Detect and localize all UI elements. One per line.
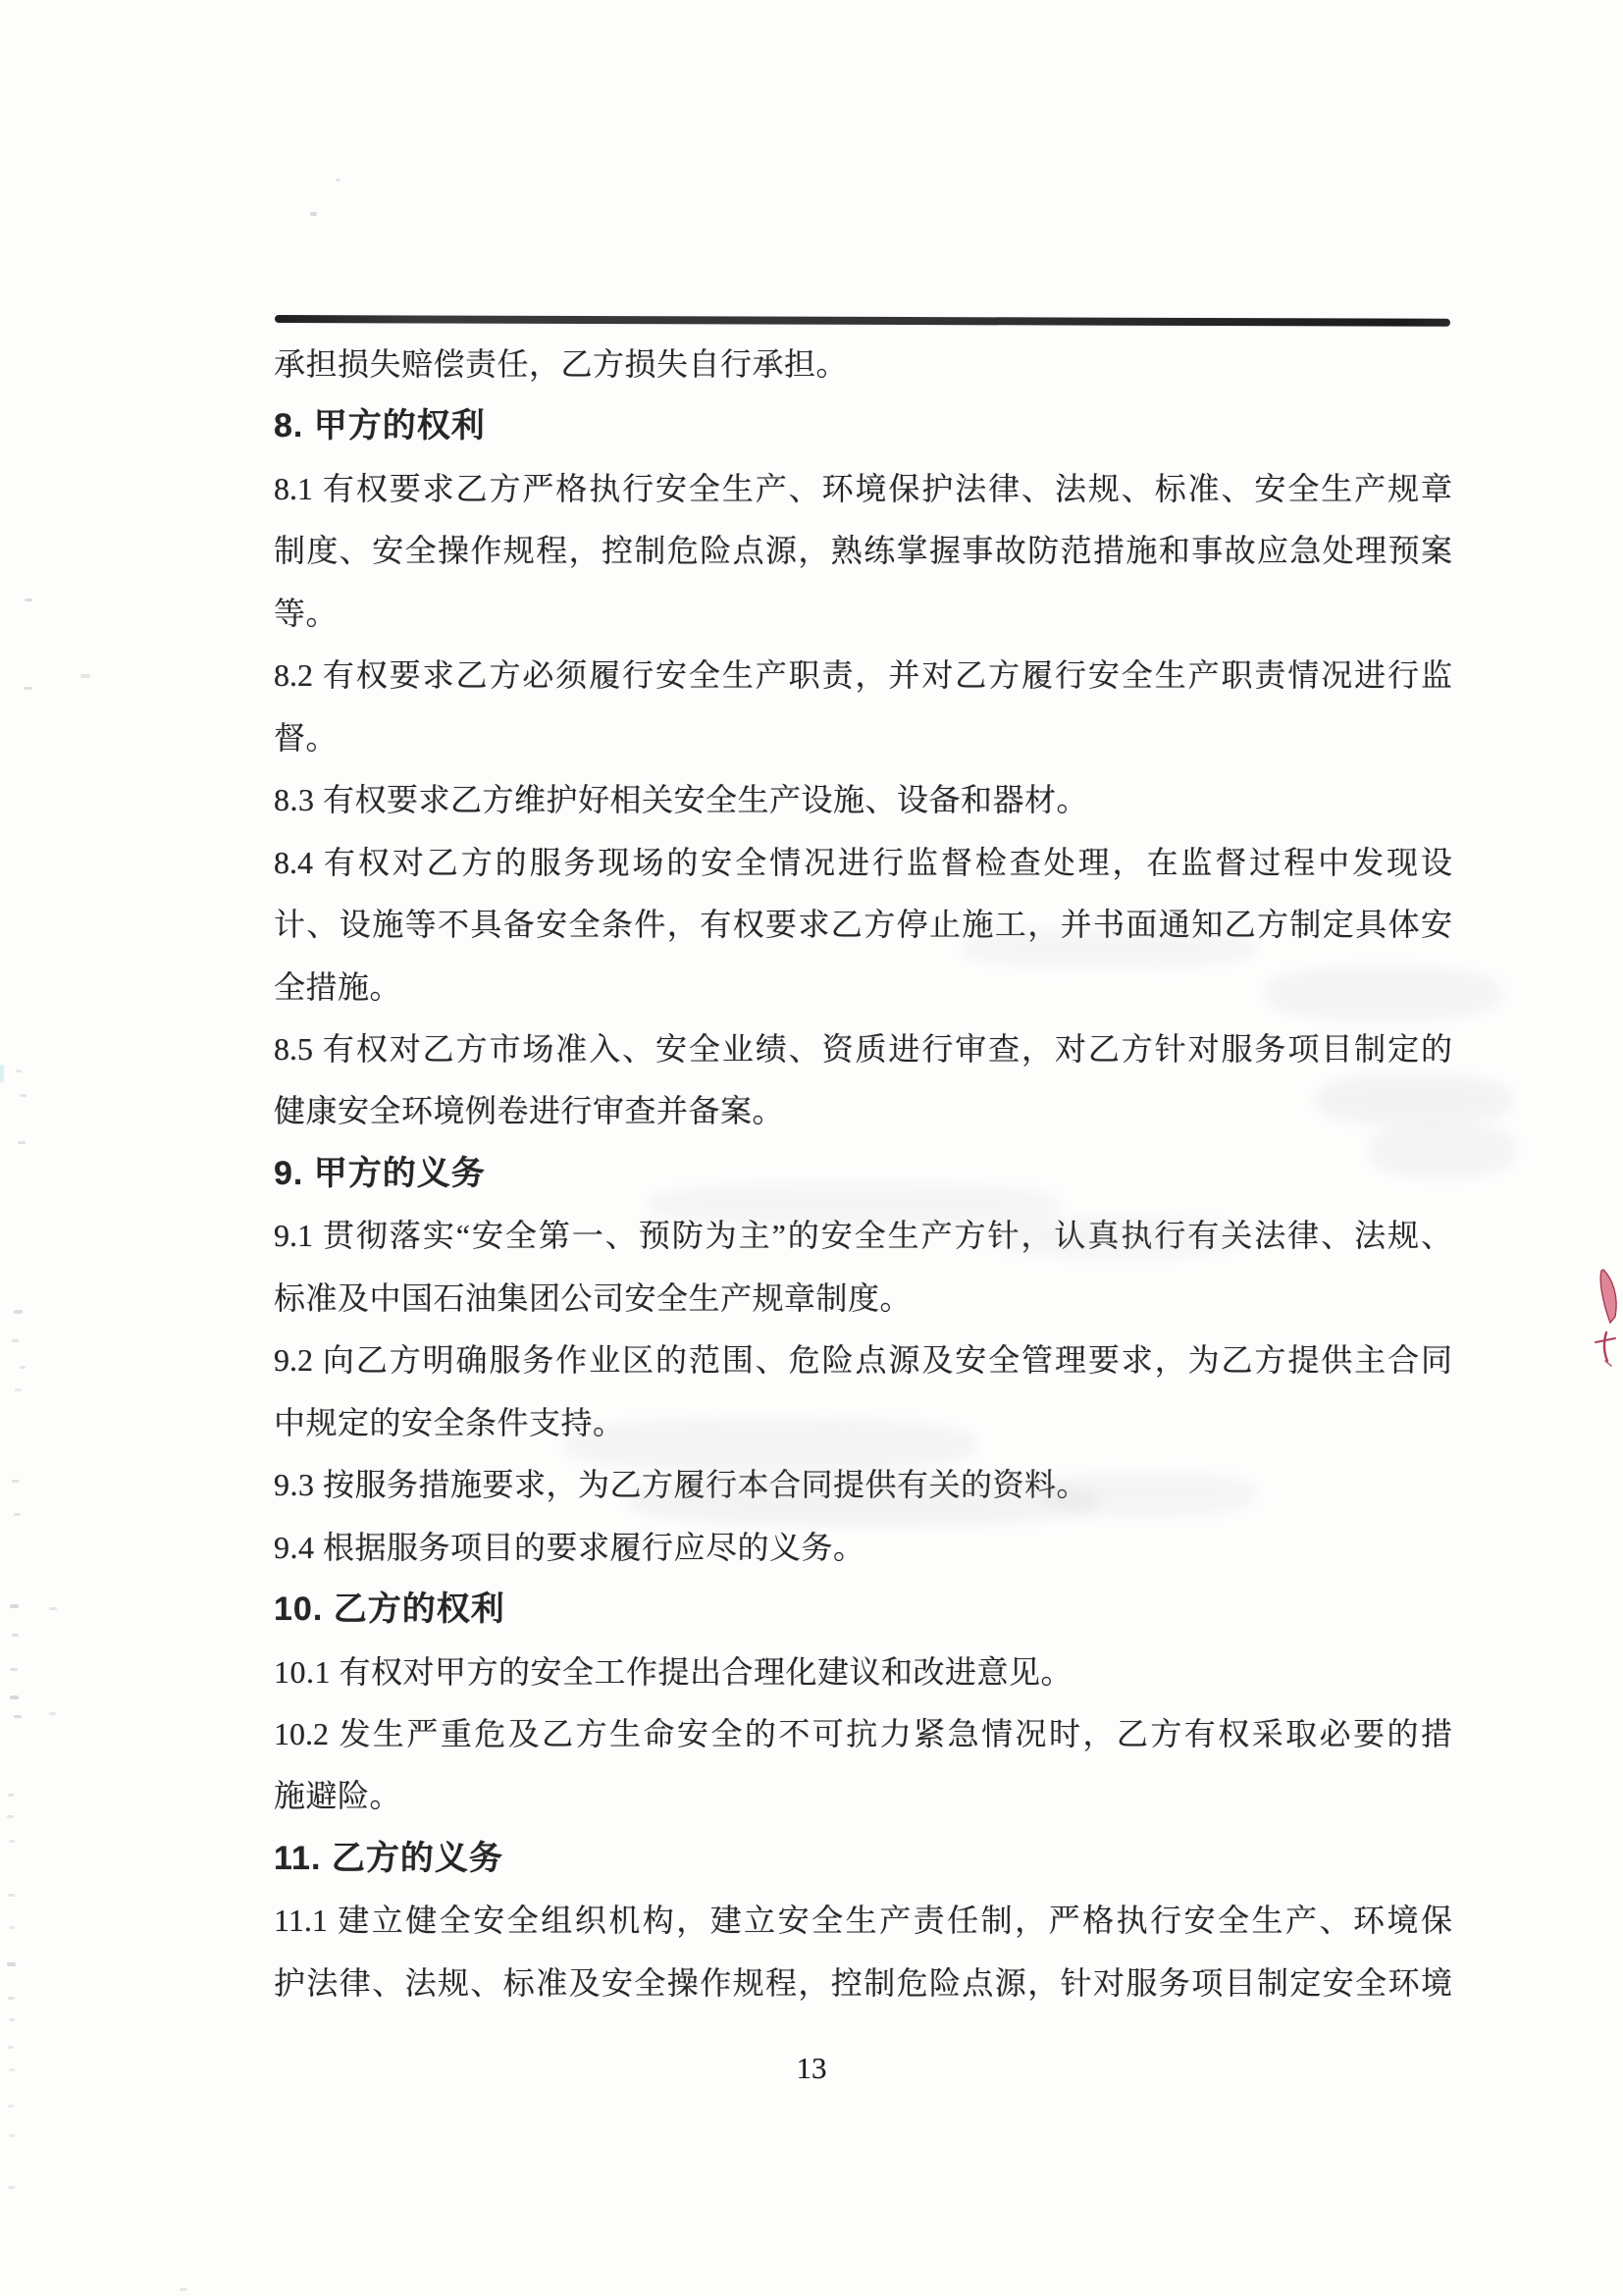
scan-speck — [10, 1668, 18, 1671]
text-line: 9.4 根据服务项目的要求履行应尽的义务。 — [274, 1517, 1452, 1579]
scan-speck — [8, 1894, 15, 1897]
text-line: 计、设施等不具备安全条件，有权要求乙方停止施工，并书面通知乙方制定具体安 — [274, 894, 1452, 956]
bleedthrough-smudge — [991, 1217, 1246, 1258]
section-heading: 8. 甲方的权利 — [274, 395, 1452, 457]
text-line: 11.1 建立健全安全组织机构，建立安全生产责任制，严格执行安全生产、环境保 — [274, 1890, 1452, 1952]
top-divider-line — [275, 315, 1450, 327]
text-line: 等。 — [274, 583, 1452, 645]
scan-speck — [12, 1634, 19, 1637]
scan-speck — [24, 687, 32, 690]
scan-speck — [336, 179, 340, 182]
bleedthrough-smudge — [648, 1182, 1060, 1227]
scan-speck — [7, 1815, 14, 1818]
section-heading: 10. 乙方的权利 — [274, 1579, 1452, 1641]
scan-speck — [9, 1926, 15, 1929]
scan-speck — [14, 1513, 21, 1516]
scan-speck — [20, 1094, 26, 1097]
scan-speck — [9, 2134, 15, 2137]
scan-speck — [8, 2046, 14, 2049]
text-line: 护法律、法规、标准及安全操作规程，控制危险点源，针对服务项目制定安全环境 — [274, 1953, 1452, 2014]
bleedthrough-smudge — [1266, 966, 1501, 1020]
scan-speck — [49, 1607, 57, 1610]
scan-speck — [8, 1997, 15, 2000]
scan-speck — [10, 1696, 19, 1699]
text-line: 8.3 有权要求乙方维护好相关安全生产设施、设备和器材。 — [274, 769, 1452, 831]
scan-speck — [9, 2068, 15, 2071]
text-line: 8.2 有权要求乙方必须履行安全生产职责，并对乙方履行安全生产职责情况进行监 — [274, 645, 1452, 706]
text-line: 9.2 向乙方明确服务作业区的范围、危险点源及安全管理要求，为乙方提供主合同 — [274, 1330, 1452, 1391]
scan-speck — [14, 1310, 23, 1314]
bleedthrough-smudge — [962, 927, 1256, 968]
scan-speck — [16, 1070, 22, 1072]
scan-speck — [310, 212, 317, 216]
text-line: 承担损失赔偿责任，乙方损失自行承担。 — [274, 334, 1452, 395]
scan-speck — [10, 1604, 19, 1608]
text-line: 制度、安全操作规程，控制危险点源，熟练掌握事故防范措施和事故应急处理预案 — [274, 520, 1452, 582]
scan-speck — [8, 1794, 14, 1797]
scan-speck — [25, 599, 32, 601]
scan-speck — [9, 1840, 15, 1843]
page-number: 13 — [0, 2051, 1623, 2086]
scan-speck — [18, 1141, 26, 1144]
bleedthrough-smudge — [1315, 1074, 1511, 1125]
scan-speck — [14, 1715, 22, 1718]
text-line: 施避险。 — [274, 1765, 1452, 1827]
scan-speck — [8, 2186, 15, 2189]
scan-speck — [80, 674, 90, 678]
scan-color-streak — [0, 1065, 4, 1082]
section-heading: 11. 乙方的义务 — [274, 1828, 1452, 1890]
bleedthrough-smudge — [564, 1418, 976, 1472]
text-line: 8.4 有权对乙方的服务现场的安全情况进行监督检查处理，在监督过程中发现设 — [274, 832, 1452, 894]
red-ink-mark — [1582, 1264, 1623, 1382]
scan-speck — [15, 1388, 22, 1391]
scan-speck — [7, 1962, 16, 1966]
bleedthrough-smudge — [1040, 1472, 1256, 1517]
text-line: 健康安全环境例卷进行审查并备案。 — [274, 1080, 1452, 1142]
scan-speck — [20, 1366, 26, 1369]
document-page: 承担损失赔偿责任，乙方损失自行承担。8. 甲方的权利8.1 有权要求乙方严格执行… — [0, 0, 1623, 2296]
text-line: 10.2 发生严重危及乙方生命安全的不可抗力紧急情况时，乙方有权采取必要的措 — [274, 1703, 1452, 1765]
text-line: 8.5 有权对乙方市场准入、安全业绩、资质进行审查，对乙方针对服务项目制定的 — [274, 1018, 1452, 1080]
bleedthrough-smudge — [1369, 1123, 1516, 1177]
scan-speck — [49, 1712, 56, 1715]
text-line: 8.1 有权要求乙方严格执行安全生产、环境保护法律、法规、标准、安全生产规章 — [274, 458, 1452, 520]
scan-speck — [9, 2018, 15, 2021]
scan-speck — [12, 1480, 20, 1483]
scan-speck — [8, 2105, 14, 2108]
text-line: 标准及中国石油集团公司安全生产规章制度。 — [274, 1268, 1452, 1330]
scan-speck — [180, 2288, 187, 2291]
bleedthrough-smudge — [628, 1477, 1099, 1526]
contract-text: 承担损失赔偿责任，乙方损失自行承担。8. 甲方的权利8.1 有权要求乙方严格执行… — [274, 334, 1452, 2014]
text-line: 督。 — [274, 707, 1452, 769]
text-line: 10.1 有权对甲方的安全工作提出合理化建议和改进意见。 — [274, 1642, 1452, 1703]
scan-speck — [12, 1339, 19, 1342]
